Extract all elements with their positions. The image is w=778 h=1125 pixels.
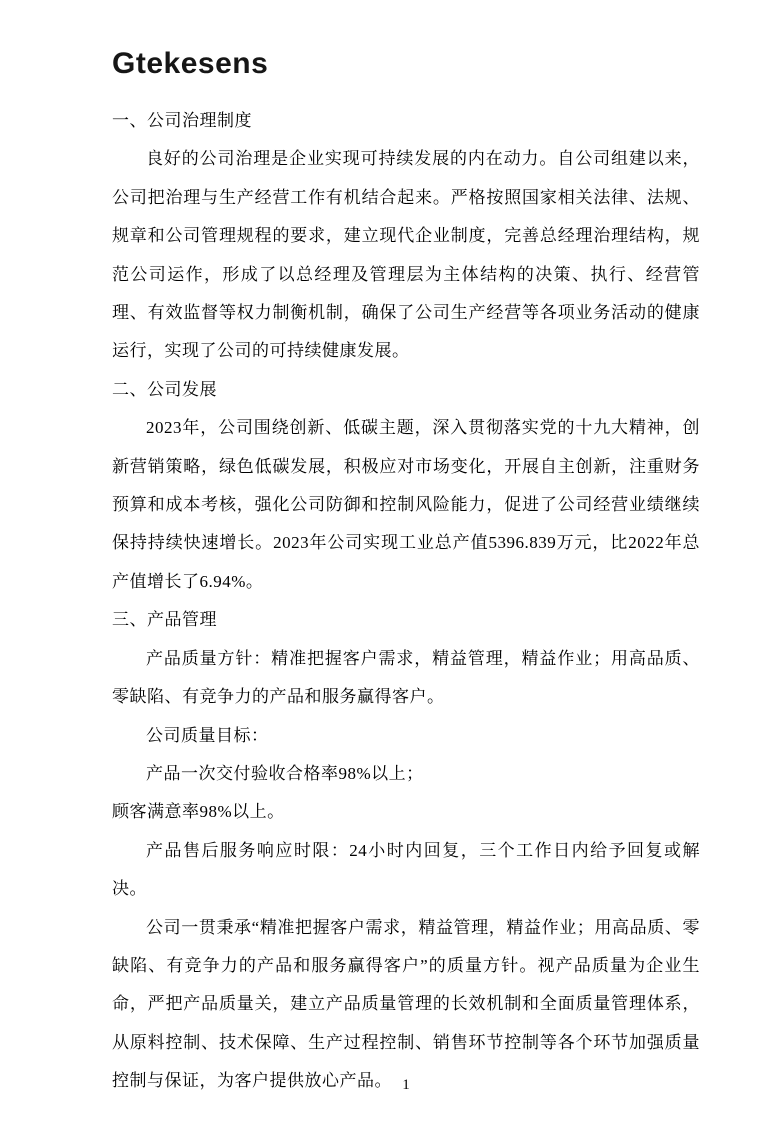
paragraph-customer-satisfaction: 顾客满意率98%以上。 [112,793,700,831]
paragraph-quality-policy: 产品质量方针：精准把握客户需求，精益管理，精益作业；用高品质、零缺陷、有竞争力的… [112,640,700,717]
document-title: Gtekesens [112,44,700,84]
paragraph-after-sales-response: 产品售后服务响应时限：24小时内回复，三个工作日内给予回复或解决。 [112,832,700,909]
paragraph-quality-commitment: 公司一贯秉承“精准把握客户需求，精益管理，精益作业；用高品质、零缺陷、有竞争力的… [112,909,700,1101]
section-heading-product-management: 三、产品管理 [112,601,700,639]
paragraph-delivery-pass-rate: 产品一次交付验收合格率98%以上； [112,755,700,793]
document-page: Gtekesens 一、公司治理制度 良好的公司治理是企业实现可持续发展的内在动… [0,0,778,1125]
section-heading-governance: 一、公司治理制度 [112,102,700,140]
page-number: 1 [112,1075,700,1095]
paragraph-governance: 良好的公司治理是企业实现可持续发展的内在动力。自公司组建以来，公司把治理与生产经… [112,140,700,370]
paragraph-development: 2023年，公司围绕创新、低碳主题，深入贯彻落实党的十九大精神，创新营销策略，绿… [112,409,700,601]
document-content: Gtekesens 一、公司治理制度 良好的公司治理是企业实现可持续发展的内在动… [112,44,700,1101]
paragraph-quality-goal-label: 公司质量目标： [112,717,700,755]
section-heading-development: 二、公司发展 [112,371,700,409]
